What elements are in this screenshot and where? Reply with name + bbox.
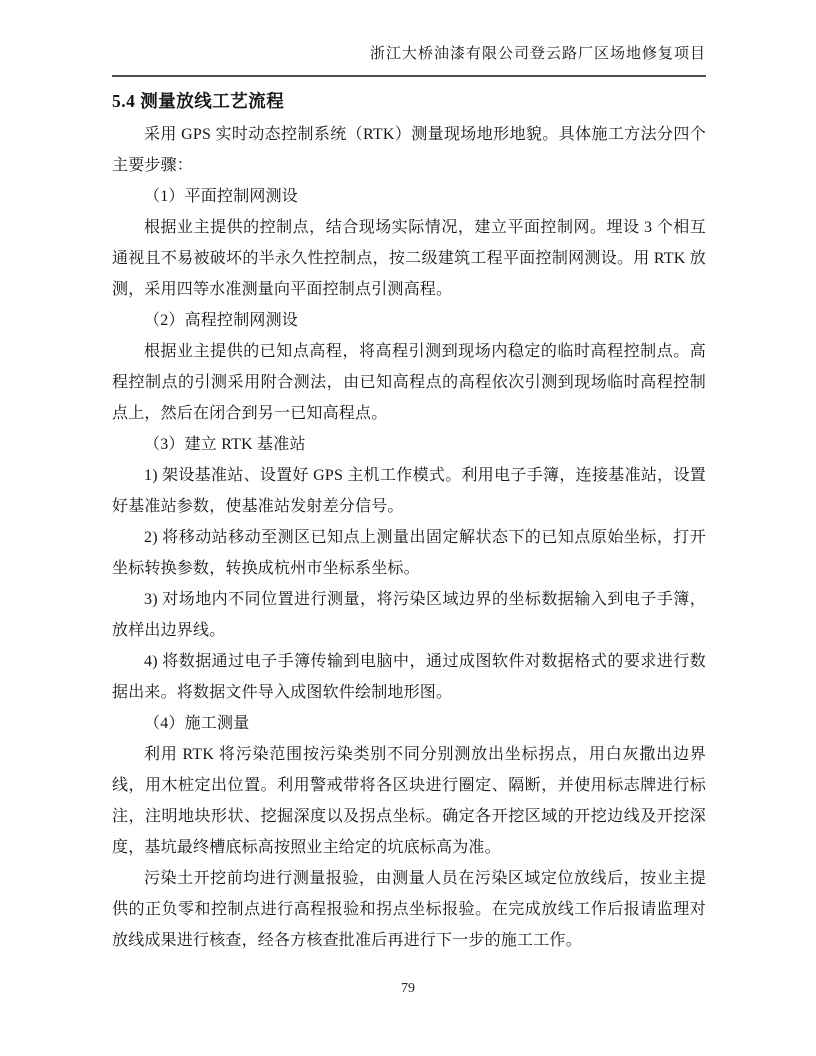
paragraph-step-3: 3) 对场地内不同位置进行测量，将污染区域边界的坐标数据输入到电子手簿，放样出边… xyxy=(112,584,706,646)
page-header: 浙江大桥油漆有限公司登云路厂区场地修复项目 xyxy=(112,44,706,77)
section-title: 5.4 测量放线工艺流程 xyxy=(112,90,706,112)
paragraph-construction-survey: 利用 RTK 将污染范围按污染类别不同分别测放出坐标拐点，用白灰撒出边界线，用木… xyxy=(112,739,706,863)
header-project-title: 浙江大桥油漆有限公司登云路厂区场地修复项目 xyxy=(112,44,706,64)
subheading-rtk-base-station: （3）建立 RTK 基准站 xyxy=(112,429,706,460)
paragraph-step-2: 2) 将移动站移动至测区已知点上测量出固定解状态下的已知点原始坐标，打开坐标转换… xyxy=(112,522,706,584)
subheading-plane-control-network: （1）平面控制网测设 xyxy=(112,181,706,212)
subheading-elevation-control-network: （2）高程控制网测设 xyxy=(112,305,706,336)
page-number: 79 xyxy=(0,980,816,998)
paragraph-inspection: 污染土开挖前均进行测量报验，由测量人员在污染区域定位放线后，按业主提供的正负零和… xyxy=(112,863,706,956)
paragraph-step-4: 4) 将数据通过电子手簿传输到电脑中，通过成图软件对数据格式的要求进行数据出来。… xyxy=(112,646,706,708)
document-body: 5.4 测量放线工艺流程 采用 GPS 实时动态控制系统（RTK）测量现场地形地… xyxy=(112,90,706,956)
page-footer: 79 xyxy=(0,980,816,998)
paragraph-step-1: 1) 架设基准站、设置好 GPS 主机工作模式。利用电子手簿，连接基准站，设置好… xyxy=(112,460,706,522)
paragraph-elevation-control: 根据业主提供的已知点高程，将高程引测到现场内稳定的临时高程控制点。高程控制点的引… xyxy=(112,336,706,429)
subheading-construction-survey: （4）施工测量 xyxy=(112,708,706,739)
document-page: 浙江大桥油漆有限公司登云路厂区场地修复项目 5.4 测量放线工艺流程 采用 GP… xyxy=(0,0,816,1056)
paragraph-intro: 采用 GPS 实时动态控制系统（RTK）测量现场地形地貌。具体施工方法分四个主要… xyxy=(112,119,706,181)
paragraph-plane-control: 根据业主提供的控制点，结合现场实际情况，建立平面控制网。埋设 3 个相互通视且不… xyxy=(112,212,706,305)
